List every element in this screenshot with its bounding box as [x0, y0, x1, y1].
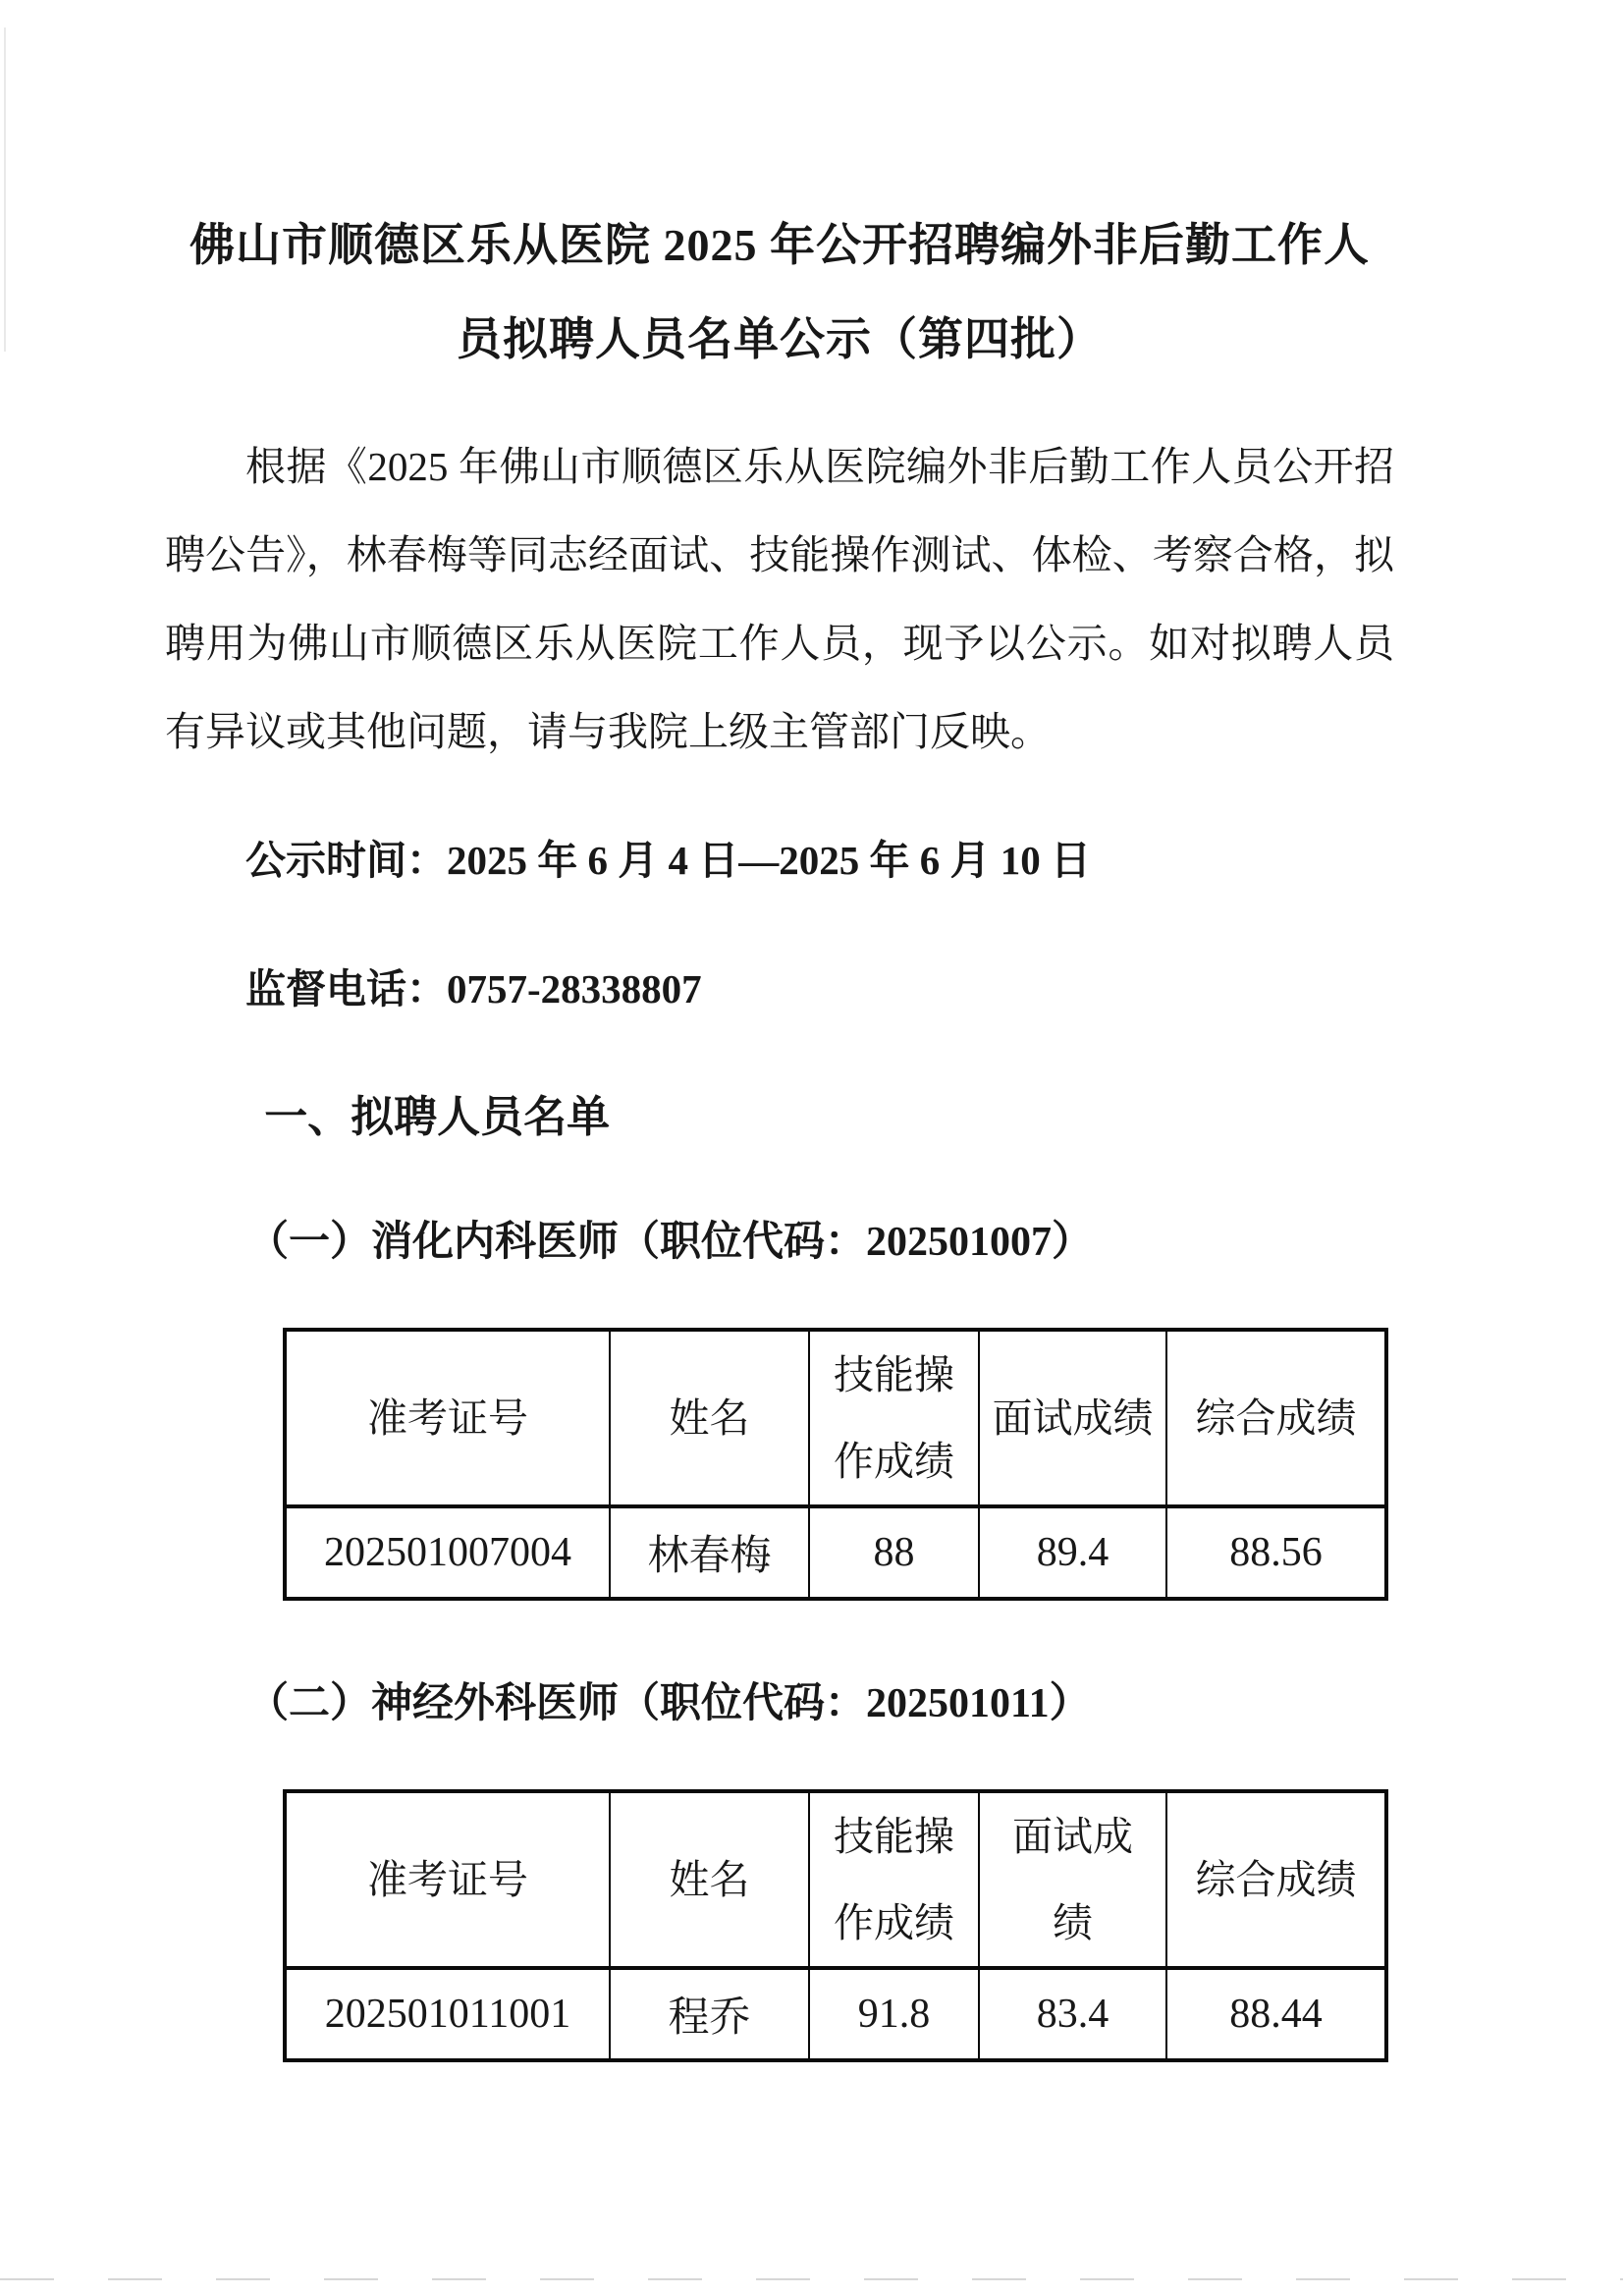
cell-skill-score: 91.8	[809, 1968, 979, 2060]
cell-exam-number: 202501011001	[285, 1968, 610, 2060]
column-header-skill-score: 技能操 作成绩	[809, 1330, 979, 1506]
cell-name: 程乔	[610, 1968, 809, 2060]
scan-artifact-left-streak	[4, 27, 6, 352]
table-header-row: 准考证号 姓名 技能操 作成绩 面试成 绩 综合成绩	[285, 1791, 1386, 1968]
announcement-paragraph: 根据《2025 年佛山市顺德区乐从医院编外非后勤工作人员公开招聘公告》，林春梅等…	[165, 422, 1394, 776]
column-header-exam-number: 准考证号	[285, 1791, 610, 1968]
score-table-gastroenterology: 准考证号 姓名 技能操 作成绩 面试成绩 综合成绩 202501007004 林…	[283, 1328, 1388, 1601]
document-content: 佛山市顺德区乐从医院 2025 年公开招聘编外非后勤工作人 员拟聘人员名单公示（…	[165, 0, 1394, 2062]
document-title: 佛山市顺德区乐从医院 2025 年公开招聘编外非后勤工作人 员拟聘人员名单公示（…	[165, 198, 1394, 387]
cell-interview-score: 89.4	[979, 1506, 1166, 1599]
cell-name: 林春梅	[610, 1506, 809, 1599]
column-header-overall-score: 综合成绩	[1166, 1330, 1386, 1506]
column-header-exam-number: 准考证号	[285, 1330, 610, 1506]
cell-overall-score: 88.56	[1166, 1506, 1386, 1599]
cell-interview-score: 83.4	[979, 1968, 1166, 2060]
publicity-period-line: 公示时间：2025 年 6 月 4 日—2025 年 6 月 10 日	[165, 816, 1394, 904]
table-header-row: 准考证号 姓名 技能操 作成绩 面试成绩 综合成绩	[285, 1330, 1386, 1506]
column-header-interview-score: 面试成 绩	[979, 1791, 1166, 1968]
column-header-name: 姓名	[610, 1791, 809, 1968]
table-row: 202501007004 林春梅 88 89.4 88.56	[285, 1506, 1386, 1599]
column-header-interview-score: 面试成绩	[979, 1330, 1166, 1506]
document-page: 佛山市顺德区乐从医院 2025 年公开招聘编外非后勤工作人 员拟聘人员名单公示（…	[0, 0, 1623, 2296]
column-header-skill-score: 技能操 作成绩	[809, 1791, 979, 1968]
table-row: 202501011001 程乔 91.8 83.4 88.44	[285, 1968, 1386, 2060]
section-heading-proposed-hires: 一、拟聘人员名单	[165, 1073, 1394, 1162]
cell-skill-score: 88	[809, 1506, 979, 1599]
scan-artifact-bottom-line	[0, 2278, 1623, 2280]
subsection-heading-neurosurgery: （二）神经外科医师（职位代码：202501011）	[165, 1660, 1394, 1748]
column-header-name: 姓名	[610, 1330, 809, 1506]
column-header-overall-score: 综合成绩	[1166, 1791, 1386, 1968]
cell-exam-number: 202501007004	[285, 1506, 610, 1599]
cell-overall-score: 88.44	[1166, 1968, 1386, 2060]
subsection-heading-gastroenterology: （一）消化内科医师（职位代码：202501007）	[165, 1198, 1394, 1286]
supervision-phone-line: 监督电话：0757-28338807	[165, 945, 1394, 1033]
score-table-neurosurgery: 准考证号 姓名 技能操 作成绩 面试成 绩 综合成绩 202501011001 …	[283, 1789, 1388, 2062]
